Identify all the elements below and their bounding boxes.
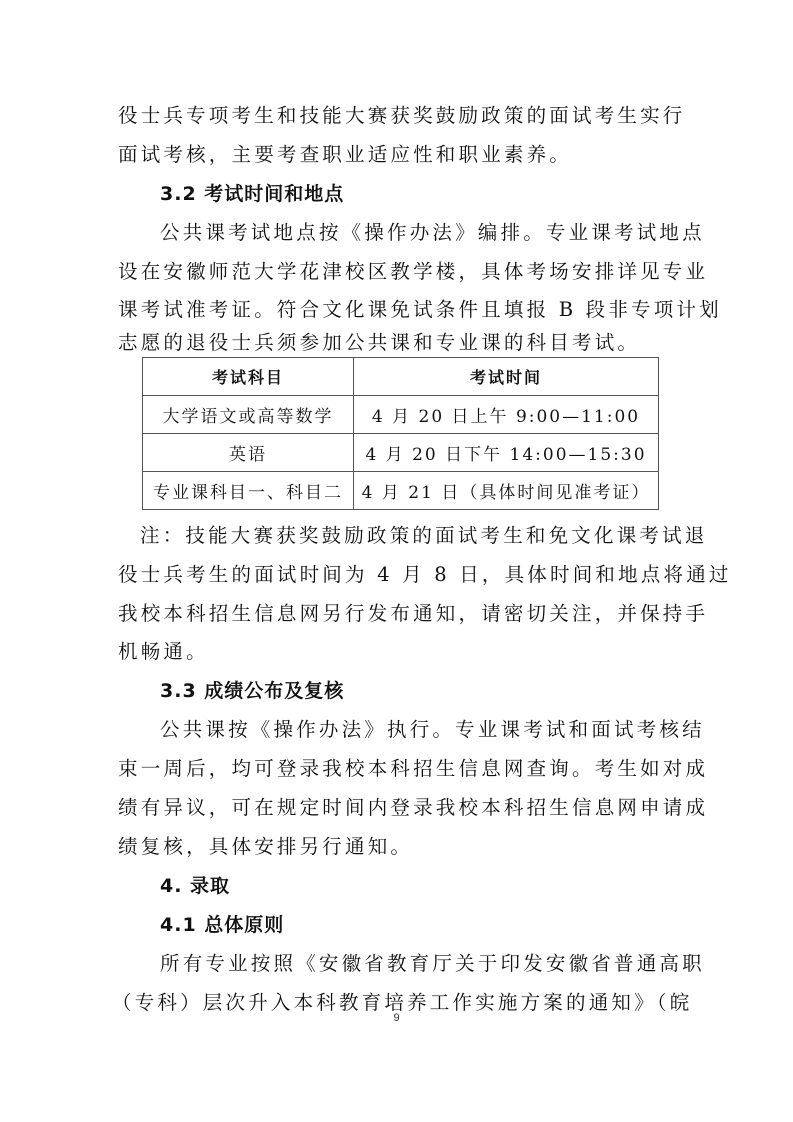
note-text-line: 注：技能大赛获奖鼓励政策的面试考生和免文化课考试退 <box>140 524 700 548</box>
body-text-line: 课考试准考证。符合文化课免试条件且填报 B 段非专项计划 <box>118 298 678 322</box>
table-row: 专业课科目一、科目二 4 月 21 日（具体时间见准考证） <box>143 472 659 510</box>
body-text-line: 役士兵专项考生和技能大赛获奖鼓励政策的面试考生实行 <box>118 104 678 128</box>
table-cell-time: 4 月 21 日（具体时间见准考证） <box>354 472 659 510</box>
body-text-line: 束一周后，均可登录我校本科招生信息网查询。考生如对成 <box>118 757 678 781</box>
body-text-line: 面试考核，主要考查职业适应性和职业素养。 <box>118 143 678 167</box>
table-row: 英语 4 月 20 日下午 14:00—15:30 <box>143 434 659 472</box>
table-cell-time: 4 月 20 日下午 14:00—15:30 <box>354 434 659 472</box>
note-text-line: 役士兵考生的面试时间为 4 月 8 日，具体时间和地点将通过 <box>118 563 678 587</box>
body-text-line: 公共课按《操作办法》执行。专业课考试和面试考核结 <box>160 718 720 742</box>
table-header-row: 考试科目 考试时间 <box>143 358 659 396</box>
section-heading-4-1: 4.1 总体原则 <box>160 913 720 937</box>
page-number: 9 <box>0 1012 793 1024</box>
section-heading-3-2: 3.2 考试时间和地点 <box>160 182 720 206</box>
note-text-line: 我校本科招生信息网另行发布通知，请密切关注，并保持手 <box>118 602 678 626</box>
body-text-line: 绩有异议，可在规定时间内登录我校本科招生信息网申请成 <box>118 796 678 820</box>
table-cell-time: 4 月 20 日上午 9:00—11:00 <box>354 396 659 434</box>
body-text-line: 公共课考试地点按《操作办法》编排。专业课考试地点 <box>160 221 720 245</box>
exam-schedule-table: 考试科目 考试时间 大学语文或高等数学 4 月 20 日上午 9:00—11:0… <box>142 357 659 510</box>
column-header-time: 考试时间 <box>354 358 659 396</box>
body-text-line: 志愿的退役士兵须参加公共课和专业课的科目考试。 <box>118 331 678 355</box>
table-cell-subject: 专业课科目一、科目二 <box>143 472 354 510</box>
body-text-line: 设在安徽师范大学花津校区教学楼，具体考场安排详见专业 <box>118 260 678 284</box>
table-row: 大学语文或高等数学 4 月 20 日上午 9:00—11:00 <box>143 396 659 434</box>
body-text-line: 所有专业按照《安徽省教育厅关于印发安徽省普通高职 <box>160 952 720 976</box>
note-text-line: 机畅通。 <box>118 640 678 664</box>
body-text-line: 绩复核，具体安排另行通知。 <box>118 835 678 859</box>
section-heading-3-3: 3.3 成绩公布及复核 <box>160 679 720 703</box>
table-cell-subject: 大学语文或高等数学 <box>143 396 354 434</box>
column-header-subject: 考试科目 <box>143 358 354 396</box>
section-heading-4: 4. 录取 <box>160 874 720 898</box>
table-cell-subject: 英语 <box>143 434 354 472</box>
